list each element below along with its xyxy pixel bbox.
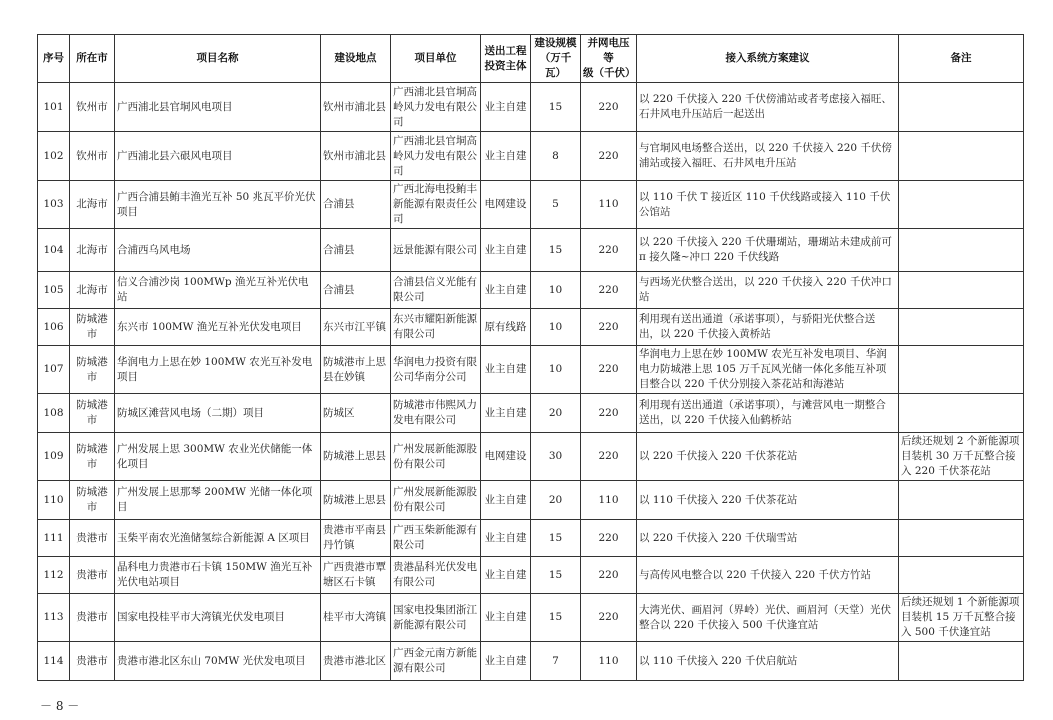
row-name: 广西浦北县六硍风电项目 xyxy=(115,132,321,181)
row-location: 广西贵港市覃塘区石卡镇 xyxy=(321,557,391,594)
row-plan: 以 220 千伏接入 220 千伏傍浦站或者考虑接入福旺、石井风电升压站后一起送… xyxy=(637,83,899,132)
row-investor: 业主自建 xyxy=(481,557,531,594)
row-location: 防城港上思县 xyxy=(321,481,391,520)
row-plan: 以 220 千伏接入 220 千伏瑞雪站 xyxy=(637,520,899,557)
row-note xyxy=(899,642,1024,681)
row-note xyxy=(899,181,1024,229)
row-name: 华润电力上思在妙 100MW 农光互补发电项目 xyxy=(115,346,321,394)
row-location: 合浦县 xyxy=(321,272,391,309)
row-location: 防城区 xyxy=(321,394,391,433)
row-company: 广州发展新能源股份有限公司 xyxy=(391,481,481,520)
row-scale: 10 xyxy=(531,346,581,394)
header-no: 序号 xyxy=(38,35,70,83)
header-scale-line2: （万千瓦） xyxy=(540,52,572,79)
table-row: 111贵港市玉柴平南农光渔储氢综合新能源 A 区项目贵港市平南县丹竹镇广西玉柴新… xyxy=(38,520,1024,557)
row-no: 104 xyxy=(38,229,70,272)
header-company: 项目单位 xyxy=(391,35,481,83)
row-location: 桂平市大湾镇 xyxy=(321,594,391,642)
row-no: 106 xyxy=(38,309,70,346)
row-plan: 以 110 千伏接入 220 千伏茶花站 xyxy=(637,481,899,520)
row-company: 远景能源有限公司 xyxy=(391,229,481,272)
row-scale: 15 xyxy=(531,594,581,642)
header-plan: 接入系统方案建议 xyxy=(637,35,899,83)
row-plan: 以 110 千伏 T 接近区 110 千伏线路或接入 110 千伏公馆站 xyxy=(637,181,899,229)
row-no: 112 xyxy=(38,557,70,594)
row-note xyxy=(899,83,1024,132)
row-name: 玉柴平南农光渔储氢综合新能源 A 区项目 xyxy=(115,520,321,557)
row-plan: 华润电力上思在妙 100MW 农光互补发电项目、华润电力防城港上思 105 万千… xyxy=(637,346,899,394)
row-no: 108 xyxy=(38,394,70,433)
table-row: 102钦州市广西浦北县六硍风电项目钦州市浦北县广西浦北县官垌高岭风力发电有限公司… xyxy=(38,132,1024,181)
row-city: 贵港市 xyxy=(70,594,115,642)
table-row: 110防城港市广州发展上思那琴 200MW 光储一体化项目防城港上思县广州发展新… xyxy=(38,481,1024,520)
row-no: 114 xyxy=(38,642,70,681)
row-company: 广州发展新能源股份有限公司 xyxy=(391,433,481,481)
row-note xyxy=(899,132,1024,181)
row-no: 107 xyxy=(38,346,70,394)
row-voltage: 220 xyxy=(581,229,637,272)
row-scale: 15 xyxy=(531,229,581,272)
row-voltage: 220 xyxy=(581,557,637,594)
row-voltage: 220 xyxy=(581,433,637,481)
row-city: 防城港市 xyxy=(70,309,115,346)
row-scale: 30 xyxy=(531,433,581,481)
row-name: 晶科电力贵港市石卡镇 150MW 渔光互补光伏电站项目 xyxy=(115,557,321,594)
table-row: 105北海市信义合浦沙岗 100MWp 渔光互补光伏电站合浦县合浦县信义光能有限… xyxy=(38,272,1024,309)
row-name: 国家电投桂平市大湾镇光伏发电项目 xyxy=(115,594,321,642)
row-city: 贵港市 xyxy=(70,642,115,681)
row-city: 北海市 xyxy=(70,229,115,272)
row-plan: 以 110 千伏接入 220 千伏启航站 xyxy=(637,642,899,681)
row-voltage: 110 xyxy=(581,481,637,520)
header-scale: 建设规模（万千瓦） xyxy=(531,35,581,83)
row-plan: 以 220 千伏接入 220 千伏珊瑚站，珊瑚站未建成前可 π 接久隆~冲口 2… xyxy=(637,229,899,272)
row-no: 110 xyxy=(38,481,70,520)
row-company: 华润电力投资有限公司华南分公司 xyxy=(391,346,481,394)
row-name: 广西合浦县鲔丰渔光互补 50 兆瓦平价光伏项目 xyxy=(115,181,321,229)
table-row: 109防城港市广州发展上思 300MW 农业光伏储能一体化项目防城港上思县广州发… xyxy=(38,433,1024,481)
header-investor: 送出工程投资主体 xyxy=(481,35,531,83)
row-plan: 与高传风电整合以 220 千伏接入 220 千伏方竹站 xyxy=(637,557,899,594)
header-voltage-line1: 并网电压等 xyxy=(588,37,630,64)
row-name: 贵港市港北区东山 70MW 光伏发电项目 xyxy=(115,642,321,681)
row-scale: 8 xyxy=(531,132,581,181)
row-note xyxy=(899,272,1024,309)
table-header-row: 序号 所在市 项目名称 建设地点 项目单位 送出工程投资主体 建设规模（万千瓦）… xyxy=(38,35,1024,83)
row-voltage: 220 xyxy=(581,346,637,394)
row-note xyxy=(899,394,1024,433)
row-investor: 业主自建 xyxy=(481,520,531,557)
row-no: 102 xyxy=(38,132,70,181)
row-voltage: 220 xyxy=(581,520,637,557)
row-voltage: 110 xyxy=(581,181,637,229)
row-investor: 业主自建 xyxy=(481,481,531,520)
row-investor: 业主自建 xyxy=(481,594,531,642)
row-name: 广州发展上思那琴 200MW 光储一体化项目 xyxy=(115,481,321,520)
row-voltage: 220 xyxy=(581,132,637,181)
row-plan: 利用现有送出通道（承诺事项），与滩营风电一期整合送出，以 220 千伏接入仙鹤桥… xyxy=(637,394,899,433)
row-company: 贵港晶科光伏发电有限公司 xyxy=(391,557,481,594)
row-company: 广西北海电投鲔丰新能源有限责任公司 xyxy=(391,181,481,229)
row-investor: 业主自建 xyxy=(481,394,531,433)
row-scale: 20 xyxy=(531,394,581,433)
row-no: 103 xyxy=(38,181,70,229)
row-name: 防城区滩营风电场（二期）项目 xyxy=(115,394,321,433)
row-investor: 业主自建 xyxy=(481,132,531,181)
header-note: 备注 xyxy=(899,35,1024,83)
header-name: 项目名称 xyxy=(115,35,321,83)
row-investor: 业主自建 xyxy=(481,642,531,681)
row-note xyxy=(899,229,1024,272)
row-company: 东兴市耀阳新能源有限公司 xyxy=(391,309,481,346)
row-city: 贵港市 xyxy=(70,557,115,594)
row-no: 101 xyxy=(38,83,70,132)
row-plan: 利用现有送出通道（承诺事项），与骄阳光伏整合送出，以 220 千伏接入黄桥站 xyxy=(637,309,899,346)
row-name: 广州发展上思 300MW 农业光伏储能一体化项目 xyxy=(115,433,321,481)
row-name: 广西浦北县官垌风电项目 xyxy=(115,83,321,132)
row-city: 北海市 xyxy=(70,272,115,309)
row-plan: 以 220 千伏接入 220 千伏茶花站 xyxy=(637,433,899,481)
row-note xyxy=(899,520,1024,557)
row-scale: 10 xyxy=(531,272,581,309)
row-company: 广西浦北县官垌高岭风力发电有限公司 xyxy=(391,83,481,132)
row-location: 钦州市浦北县 xyxy=(321,132,391,181)
table-row: 108防城港市防城区滩营风电场（二期）项目防城区防城港市伟熙风力发电有限公司业主… xyxy=(38,394,1024,433)
row-note: 后续还规划 2 个新能源项目装机 30 万千瓦整合接入 220 千伏茶花站 xyxy=(899,433,1024,481)
header-city: 所在市 xyxy=(70,35,115,83)
row-name: 信义合浦沙岗 100MWp 渔光互补光伏电站 xyxy=(115,272,321,309)
row-city: 防城港市 xyxy=(70,481,115,520)
row-city: 钦州市 xyxy=(70,83,115,132)
row-investor: 业主自建 xyxy=(481,229,531,272)
row-city: 北海市 xyxy=(70,181,115,229)
page-number: － 8 － xyxy=(40,697,79,714)
row-no: 105 xyxy=(38,272,70,309)
row-scale: 10 xyxy=(531,309,581,346)
row-plan: 与西场光伏整合送出，以 220 千伏接入 220 千伏冲口站 xyxy=(637,272,899,309)
header-investor-line2: 投资主体 xyxy=(485,60,527,72)
row-name: 东兴市 100MW 渔光互补光伏发电项目 xyxy=(115,309,321,346)
row-investor: 业主自建 xyxy=(481,346,531,394)
row-location: 防城港市上思县在妙镇 xyxy=(321,346,391,394)
header-location: 建设地点 xyxy=(321,35,391,83)
row-scale: 5 xyxy=(531,181,581,229)
row-city: 防城港市 xyxy=(70,346,115,394)
row-voltage: 220 xyxy=(581,594,637,642)
row-location: 合浦县 xyxy=(321,229,391,272)
row-location: 钦州市浦北县 xyxy=(321,83,391,132)
row-company: 防城港市伟熙风力发电有限公司 xyxy=(391,394,481,433)
row-no: 113 xyxy=(38,594,70,642)
row-investor: 原有线路 xyxy=(481,309,531,346)
row-investor: 业主自建 xyxy=(481,272,531,309)
row-scale: 15 xyxy=(531,520,581,557)
table-row: 107防城港市华润电力上思在妙 100MW 农光互补发电项目防城港市上思县在妙镇… xyxy=(38,346,1024,394)
table-row: 113贵港市国家电投桂平市大湾镇光伏发电项目桂平市大湾镇国家电投集团浙江新能源有… xyxy=(38,594,1024,642)
header-voltage-line2: 级（千伏） xyxy=(583,67,636,79)
row-no: 109 xyxy=(38,433,70,481)
row-voltage: 220 xyxy=(581,309,637,346)
row-company: 广西浦北县官垌高岭风力发电有限公司 xyxy=(391,132,481,181)
row-company: 合浦县信义光能有限公司 xyxy=(391,272,481,309)
row-investor: 业主自建 xyxy=(481,83,531,132)
row-scale: 15 xyxy=(531,83,581,132)
row-scale: 20 xyxy=(531,481,581,520)
table-row: 112贵港市晶科电力贵港市石卡镇 150MW 渔光互补光伏电站项目广西贵港市覃塘… xyxy=(38,557,1024,594)
row-company: 国家电投集团浙江新能源有限公司 xyxy=(391,594,481,642)
header-scale-line1: 建设规模 xyxy=(535,37,577,49)
table-row: 114贵港市贵港市港北区东山 70MW 光伏发电项目贵港市港北区广西金元南方新能… xyxy=(38,642,1024,681)
row-voltage: 110 xyxy=(581,642,637,681)
row-note xyxy=(899,481,1024,520)
row-plan: 与官垌风电场整合送出，以 220 千伏接入 220 千伏傍浦站或接入福旺、石井风… xyxy=(637,132,899,181)
row-note xyxy=(899,557,1024,594)
row-location: 东兴市江平镇 xyxy=(321,309,391,346)
row-city: 防城港市 xyxy=(70,433,115,481)
row-location: 合浦县 xyxy=(321,181,391,229)
row-investor: 电网建设 xyxy=(481,181,531,229)
row-city: 防城港市 xyxy=(70,394,115,433)
row-voltage: 220 xyxy=(581,83,637,132)
row-note xyxy=(899,309,1024,346)
table-row: 104北海市合浦西乌风电场合浦县远景能源有限公司业主自建15220以 220 千… xyxy=(38,229,1024,272)
row-no: 111 xyxy=(38,520,70,557)
projects-table: 序号 所在市 项目名称 建设地点 项目单位 送出工程投资主体 建设规模（万千瓦）… xyxy=(37,34,1024,681)
row-plan: 大湾光伏、画眉河（界岭）光伏、画眉河（天堂）光伏整合以 220 千伏接入 500… xyxy=(637,594,899,642)
row-note xyxy=(899,346,1024,394)
row-location: 贵港市港北区 xyxy=(321,642,391,681)
row-location: 贵港市平南县丹竹镇 xyxy=(321,520,391,557)
row-investor: 电网建设 xyxy=(481,433,531,481)
table-row: 101钦州市广西浦北县官垌风电项目钦州市浦北县广西浦北县官垌高岭风力发电有限公司… xyxy=(38,83,1024,132)
table-row: 106防城港市东兴市 100MW 渔光互补光伏发电项目东兴市江平镇东兴市耀阳新能… xyxy=(38,309,1024,346)
row-voltage: 220 xyxy=(581,272,637,309)
row-scale: 15 xyxy=(531,557,581,594)
header-voltage: 并网电压等级（千伏） xyxy=(581,35,637,83)
row-company: 广西玉柴新能源有限公司 xyxy=(391,520,481,557)
row-company: 广西金元南方新能源有限公司 xyxy=(391,642,481,681)
row-note: 后续还规划 1 个新能源项目装机 15 万千瓦整合接入 500 千伏逢宜站 xyxy=(899,594,1024,642)
row-city: 钦州市 xyxy=(70,132,115,181)
row-location: 防城港上思县 xyxy=(321,433,391,481)
row-scale: 7 xyxy=(531,642,581,681)
header-investor-line1: 送出工程 xyxy=(485,45,527,57)
row-name: 合浦西乌风电场 xyxy=(115,229,321,272)
row-voltage: 220 xyxy=(581,394,637,433)
row-city: 贵港市 xyxy=(70,520,115,557)
table-row: 103北海市广西合浦县鲔丰渔光互补 50 兆瓦平价光伏项目合浦县广西北海电投鲔丰… xyxy=(38,181,1024,229)
